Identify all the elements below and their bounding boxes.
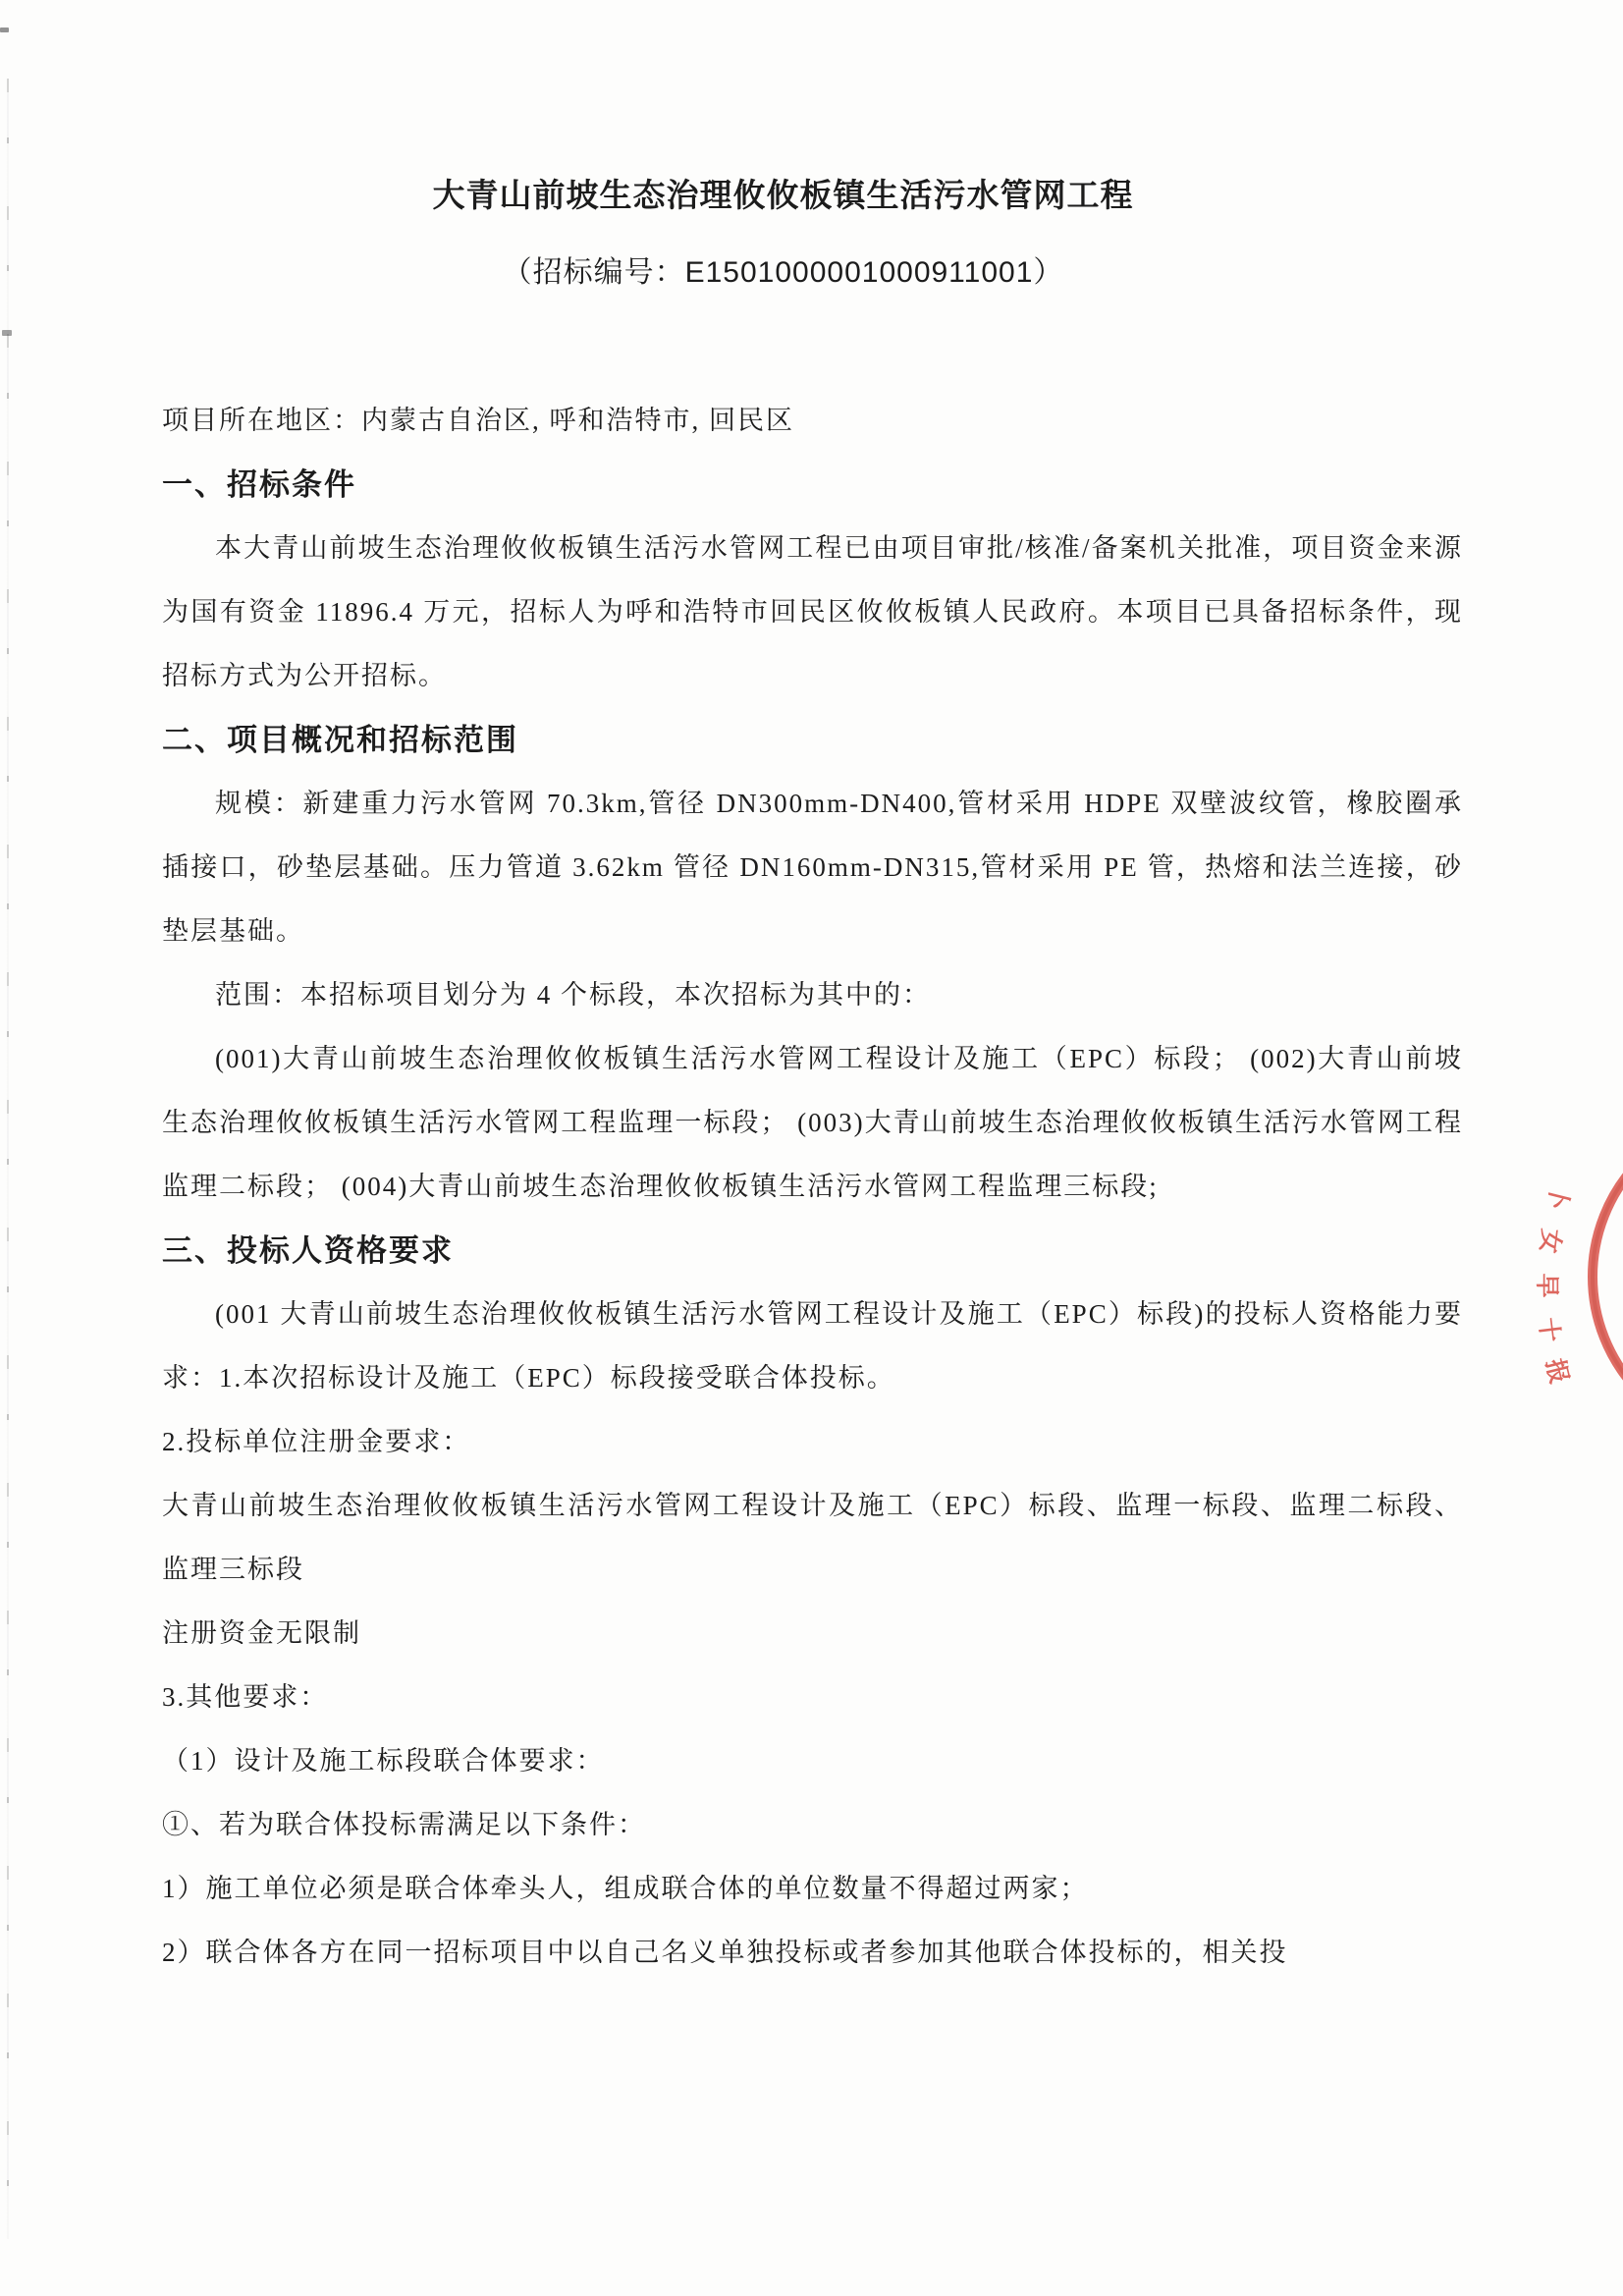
paragraph-consortium-requirement-title: （1）设计及施工标段联合体要求： bbox=[162, 1729, 1463, 1793]
official-seal-stamp: 卜 女 早 十 报 bbox=[1544, 1108, 1623, 1451]
paragraph-consortium-conditions-intro: ①、若为联合体投标需满足以下条件： bbox=[162, 1793, 1463, 1857]
scan-edge-artifact bbox=[7, 79, 9, 2239]
scan-mark-mid bbox=[2, 330, 12, 336]
paragraph-consortium-condition-1: 1）施工单位必须是联合体牵头人，组成联合体的单位数量不得超过两家； bbox=[162, 1857, 1463, 1921]
section-heading-project-overview: 二、项目概况和招标范围 bbox=[162, 708, 1463, 772]
project-location-line: 项目所在地区：内蒙古自治区, 呼和浩特市, 回民区 bbox=[162, 389, 1463, 453]
paragraph-registration-sections: 大青山前坡生态治理攸攸板镇生活污水管网工程设计及施工（EPC）标段、监理一标段、… bbox=[162, 1474, 1463, 1602]
paragraph-registration-capital: 注册资金无限制 bbox=[162, 1602, 1463, 1666]
seal-character: 卜 bbox=[1540, 1182, 1580, 1215]
paragraph-registration-requirement-title: 2.投标单位注册金要求： bbox=[162, 1410, 1463, 1474]
paragraph-tender-conditions: 本大青山前坡生态治理攸攸板镇生活污水管网工程已由项目审批/核准/备案机关批准，项… bbox=[162, 517, 1463, 708]
paragraph-scale: 规模：新建重力污水管网 70.3km,管径 DN300mm-DN400,管材采用… bbox=[162, 772, 1463, 963]
seal-character: 早 bbox=[1531, 1273, 1566, 1297]
seal-arc bbox=[1544, 1108, 1623, 1451]
paragraph-qualification-requirement: (001 大青山前坡生态治理攸攸板镇生活污水管网工程设计及施工（EPC）标段)的… bbox=[162, 1283, 1463, 1410]
seal-character: 报 bbox=[1539, 1355, 1579, 1388]
seal-character: 女 bbox=[1533, 1227, 1571, 1255]
document-page: 大青山前坡生态治理攸攸板镇生活污水管网工程 （招标编号：E15010000010… bbox=[0, 0, 1623, 2296]
paragraph-consortium-condition-2: 2）联合体各方在同一招标项目中以自己名义单独投标或者参加其他联合体投标的，相关投 bbox=[162, 1921, 1463, 1985]
paragraph-other-requirements-title: 3.其他要求： bbox=[162, 1666, 1463, 1729]
tender-number-subtitle: （招标编号：E1501000001000911001） bbox=[162, 244, 1404, 302]
section-heading-bidder-qualifications: 三、投标人资格要求 bbox=[162, 1219, 1463, 1283]
paragraph-scope-intro: 范围：本招标项目划分为 4 个标段，本次招标为其中的： bbox=[162, 963, 1463, 1027]
section-heading-tender-conditions: 一、招标条件 bbox=[162, 453, 1463, 517]
document-title: 大青山前坡生态治理攸攸板镇生活污水管网工程 bbox=[162, 165, 1404, 226]
paragraph-bid-sections: (001)大青山前坡生态治理攸攸板镇生活污水管网工程设计及施工（EPC）标段； … bbox=[162, 1027, 1463, 1219]
scan-mark-top bbox=[0, 27, 9, 32]
seal-character: 十 bbox=[1532, 1315, 1570, 1343]
